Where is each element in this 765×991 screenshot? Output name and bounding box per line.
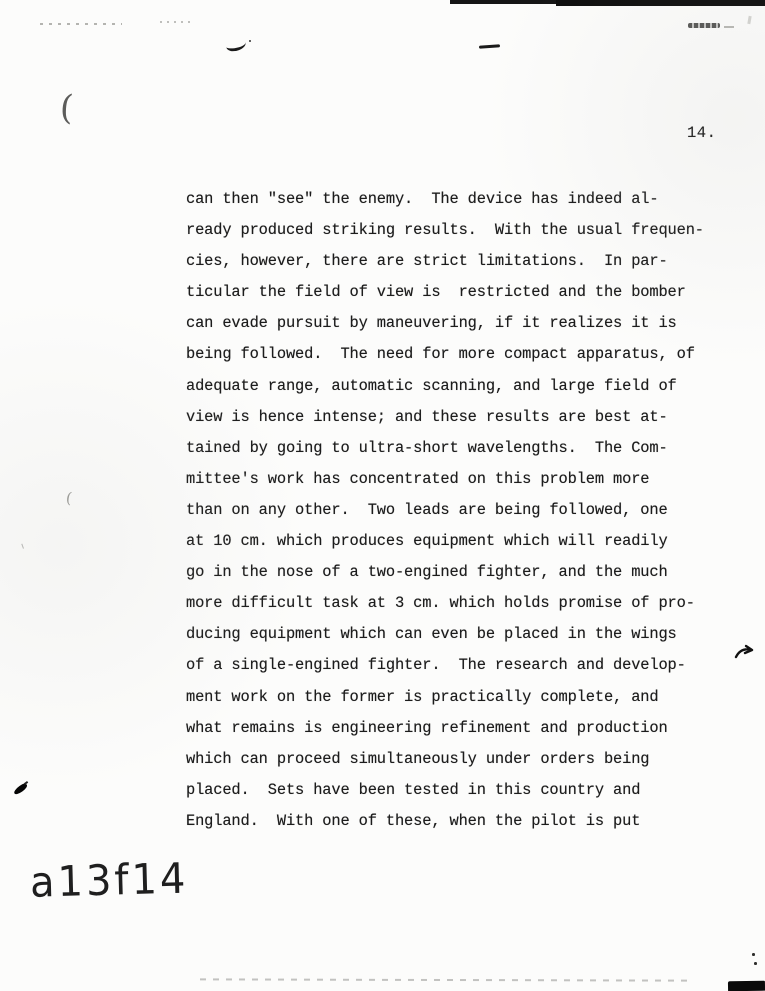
typed-line: more difficult task at 3 cm. which holds… (186, 588, 731, 619)
scan-edge-bar-top-thick (556, 0, 765, 6)
margin-squiggle-arrow (733, 643, 757, 668)
typed-line: England. With one of these, when the pil… (186, 806, 731, 837)
typed-line: can evade pursuit by maneuvering, if it … (186, 308, 731, 339)
scan-speckle-row (160, 21, 190, 23)
typed-line: mittee's work has concentrated on this p… (186, 464, 731, 495)
typed-text-block: can then "see" the enemy. The device has… (186, 184, 731, 837)
typed-line: which can proceed simultaneously under o… (186, 744, 731, 775)
page-number: 14. (687, 124, 716, 142)
pen-stroke-tail (24, 781, 28, 785)
typed-line: cies, however, there are strict limitati… (186, 246, 731, 277)
typed-line: at 10 cm. which produces equipment which… (186, 526, 731, 557)
typed-line: view is hence intense; and these results… (186, 402, 731, 433)
stray-paren-mark: ( (59, 88, 75, 129)
typed-line: being followed. The need for more compac… (186, 339, 731, 370)
scan-speck (21, 542, 27, 548)
stray-tick-mark: ( (65, 489, 73, 508)
typed-line: ready produced striking results. With th… (186, 215, 731, 246)
handwritten-annotation: a13f14 (29, 855, 189, 907)
typed-line: ticular the field of view is restricted … (186, 277, 731, 308)
ink-dot (752, 953, 755, 956)
typed-line: ducing equipment which can even be place… (186, 619, 731, 650)
typed-line: go in the nose of a two-engined fighter,… (186, 557, 731, 588)
ink-dot (754, 962, 757, 965)
scanned-typescript-page: ( ( 14. can then "see" the enemy. The de… (0, 0, 765, 991)
scan-edge-bar-top (450, 0, 765, 4)
typed-line: can then "see" the enemy. The device has… (186, 184, 731, 215)
scan-corner-blob (728, 981, 765, 991)
typed-line: ment work on the former is practically c… (186, 682, 731, 713)
pen-stroke-mark (13, 782, 29, 796)
scan-smudge (724, 26, 734, 28)
ink-dash-mark (479, 44, 500, 48)
scan-speck (747, 16, 751, 24)
scan-crease-line (200, 978, 692, 981)
ink-dot (249, 40, 251, 42)
typed-line: than on any other. Two leads are being f… (186, 495, 731, 526)
typed-line: placed. Sets have been tested in this co… (186, 775, 731, 806)
typed-line: of a single-engined fighter. The researc… (186, 650, 731, 681)
scan-smudge (688, 23, 720, 28)
typed-line: what remains is engineering refinement a… (186, 713, 731, 744)
ink-swoosh-mark (225, 37, 246, 52)
typed-line: adequate range, automatic scanning, and … (186, 371, 731, 402)
typed-line: tained by going to ultra-short wavelengt… (186, 433, 731, 464)
scan-speckle-row (40, 23, 122, 25)
